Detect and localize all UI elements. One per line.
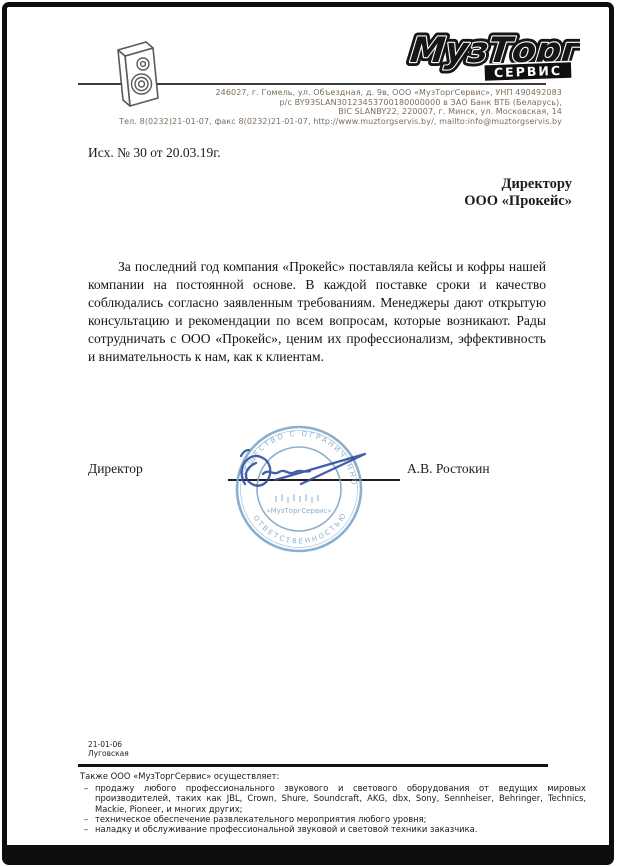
footer-rule [78,764,548,767]
muztorg-logo: МузТорг МузТорг МузТорг СЕРВИС [398,22,580,88]
service-item: – техническое обеспечение развлекательно… [80,814,586,824]
service-item: – наладку и обслуживание профессионально… [80,824,586,834]
address-line: р/с BY93SLAN30123453700180000000 в ЗАО Б… [82,98,562,108]
letter-body: За последний год компания «Прокейс» пост… [88,258,546,366]
service-text: наладку и обслуживание профессиональной … [95,824,586,834]
doc-code: 21-01-06 [88,740,129,749]
address-line: BIC SLANBY22, 220007, г. Минск, ул. Моск… [82,107,562,117]
service-item: – продажу любого профессионального звуко… [80,783,586,814]
service-text: продажу любого профессионального звуково… [95,783,586,814]
recipient-line-2: ООО «Прокейс» [464,193,572,210]
recipient-line-1: Директору [464,176,572,193]
executor-name: Луговская [88,749,129,758]
address-line: 246027, г. Гомель, ул. Объездная, д. 9в,… [82,88,562,98]
address-line: Тел. 8(0232)21-01-07, факс 8(0232)21-01-… [82,117,562,127]
bullet-dash: – [80,824,95,834]
letterhead-address: 246027, г. Гомель, ул. Объездная, д. 9в,… [82,88,562,126]
bullet-dash: – [80,814,95,824]
footer-services: Также ООО «МузТоргСервис» осуществляет: … [80,771,586,834]
services-title: Также ООО «МузТоргСервис» осуществляет: [80,771,586,781]
stamp-center-text: «МузТоргСервис» [266,507,331,515]
handwritten-signature [215,428,415,506]
footer-doc-meta: 21-01-06 Луговская [88,740,129,758]
signer-name: А.В. Ростокин [407,461,490,477]
outgoing-reference: Исх. № 30 от 20.03.19г. [88,145,221,161]
service-text: техническое обеспечение развлекательного… [95,814,586,824]
logo-service-label: СЕРВИС [494,63,563,80]
bullet-dash: – [80,783,95,814]
recipient-block: Директору ООО «Прокейс» [464,176,572,210]
signer-title: Директор [88,461,143,477]
